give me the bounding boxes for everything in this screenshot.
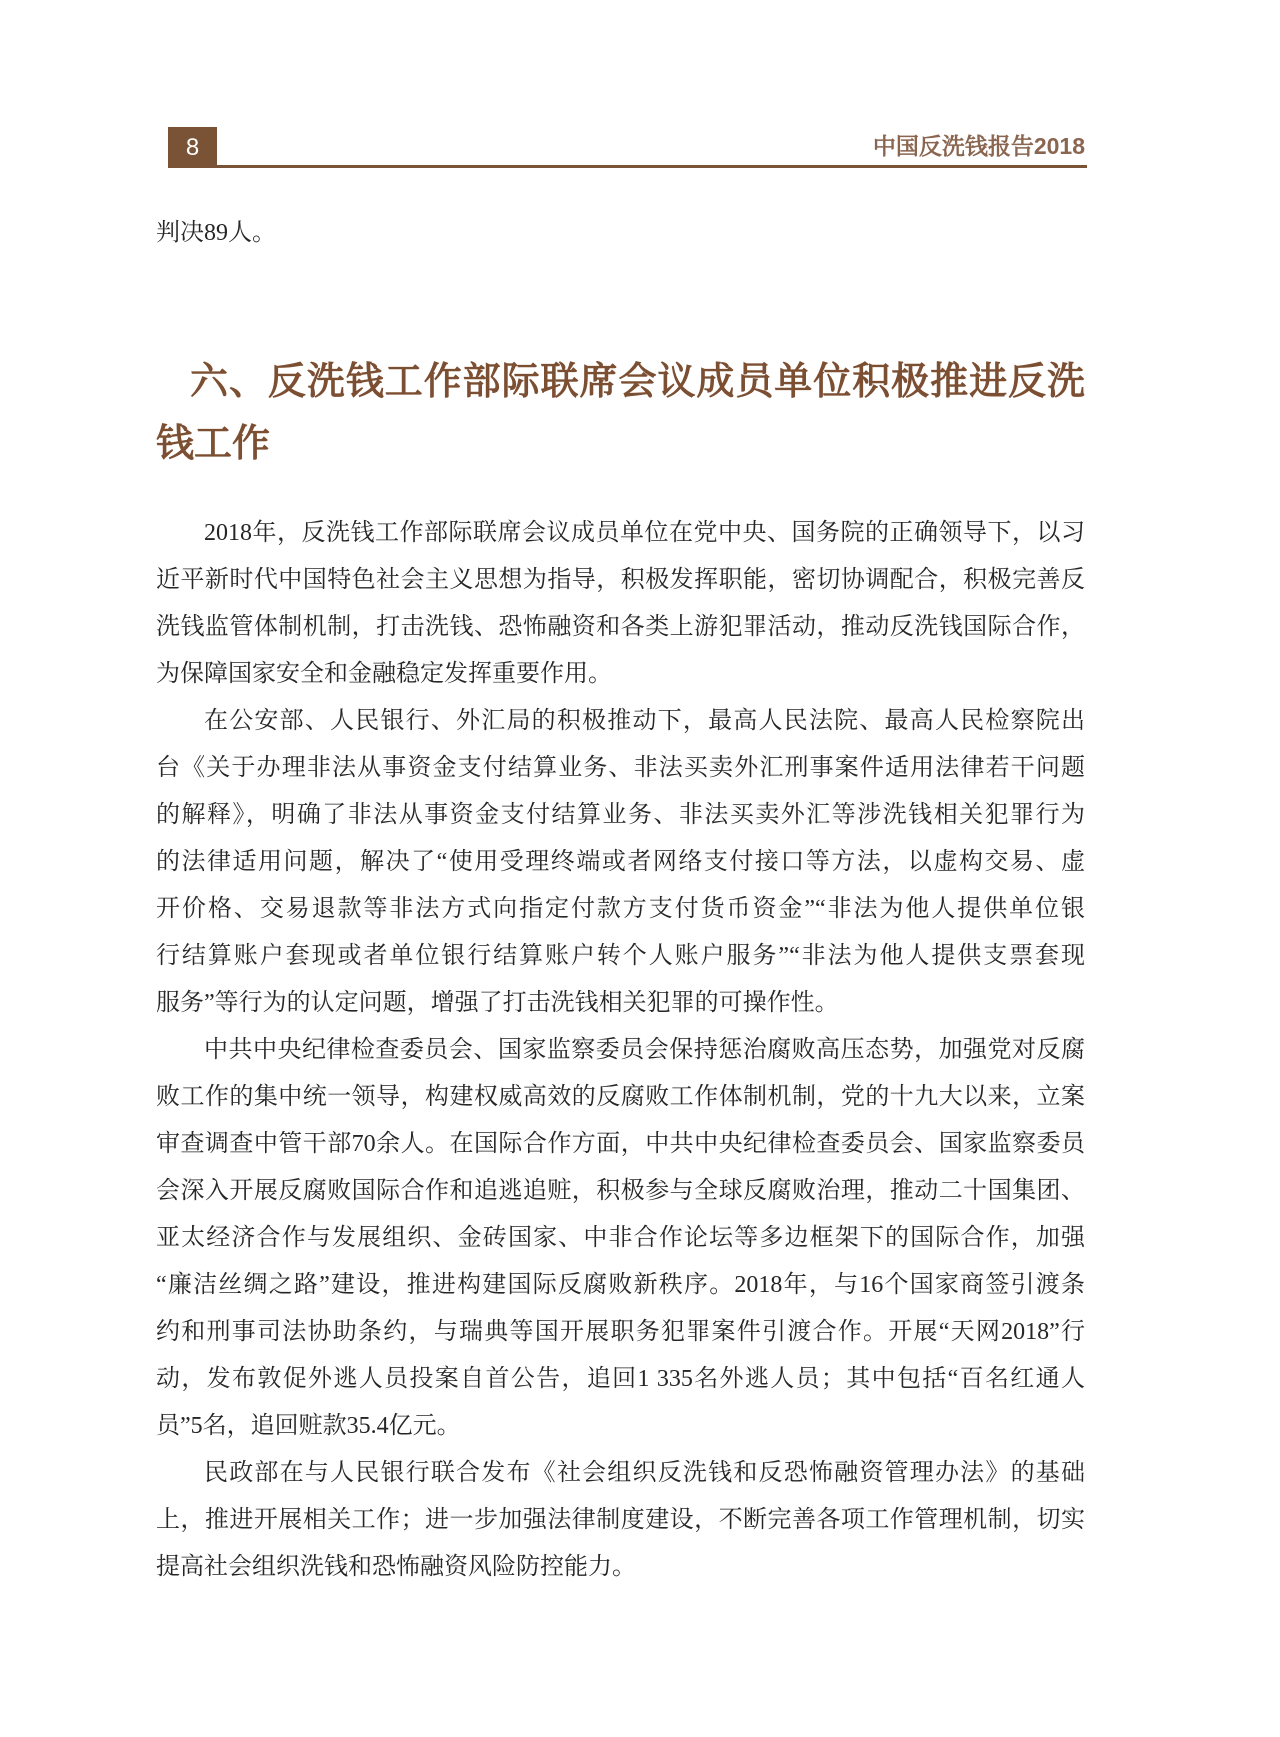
paragraph-3-line: 亚太经济合作与发展组织、金砖国家、中非合作论坛等多边框架下的国际合作，加强 [156, 1215, 1085, 1262]
paragraph-1-line: 近平新时代中国特色社会主义思想为指导，积极发挥职能，密切协调配合，积极完善反 [156, 557, 1085, 604]
paragraph-4-line: 上，推进开展相关工作；进一步加强法律制度建设，不断完善各项工作管理机制，切实 [156, 1497, 1085, 1544]
paragraph-2-line: 的法律适用问题，解决了“使用受理终端或者网络支付接口等方法，以虚构交易、虚 [156, 839, 1085, 886]
paragraph-3-line: 中共中央纪律检查委员会、国家监察委员会保持惩治腐败高压态势，加强党对反腐 [156, 1027, 1085, 1074]
paragraph-4-line: 提高社会组织洗钱和恐怖融资风险防控能力。 [156, 1544, 1085, 1591]
paragraph-2-line: 服务”等行为的认定问题，增强了打击洗钱相关犯罪的可操作性。 [156, 980, 1085, 1027]
report-title: 中国反洗钱报告2018 [873, 126, 1085, 166]
section-heading: 六、反洗钱工作部际联席会议成员单位积极推进反洗钱工作 [156, 351, 1085, 475]
paragraph-2-line: 行结算账户套现或者单位银行结算账户转个人账户服务”“非法为他人提供支票套现 [156, 933, 1085, 980]
paragraph-3-line: 约和刑事司法协助条约，与瑞典等国开展职务犯罪案件引渡合作。开展“天网2018”行 [156, 1309, 1085, 1356]
body-text: 2018年，反洗钱工作部际联席会议成员单位在党中央、国务院的正确领导下，以习近平… [156, 510, 1085, 1591]
document-page: 8 中国反洗钱报告2018 判决89人。 六、反洗钱工作部际联席会议成员单位积极… [0, 0, 1280, 1737]
section-heading-line: 钱工作 [156, 413, 1085, 475]
paragraph-3-line: 败工作的集中统一领导，构建权威高效的反腐败工作体制机制，党的十九大以来，立案 [156, 1074, 1085, 1121]
header-divider-line [217, 165, 1087, 168]
paragraph-3-line: 员”5名，追回赃款35.4亿元。 [156, 1403, 1085, 1450]
paragraph-2-line: 开价格、交易退款等非法方式向指定付款方支付货币资金”“非法为他人提供单位银 [156, 886, 1085, 933]
page-number-box: 8 [168, 127, 217, 168]
paragraph-1-line: 洗钱监管体制机制，打击洗钱、恐怖融资和各类上游犯罪活动，推动反洗钱国际合作， [156, 604, 1085, 651]
paragraph-3-line: 会深入开展反腐败国际合作和追逃追赃，积极参与全球反腐败治理，推动二十国集团、 [156, 1168, 1085, 1215]
section-heading-line: 六、反洗钱工作部际联席会议成员单位积极推进反洗 [156, 351, 1085, 413]
paragraph-1-line: 为保障国家安全和金融稳定发挥重要作用。 [156, 651, 1085, 698]
paragraph-1-line: 2018年，反洗钱工作部际联席会议成员单位在党中央、国务院的正确领导下，以习 [156, 510, 1085, 557]
paragraph-3-line: “廉洁丝绸之路”建设，推进构建国际反腐败新秩序。2018年，与16个国家商签引渡… [156, 1262, 1085, 1309]
paragraph-2-line: 台《关于办理非法从事资金支付结算业务、非法买卖外汇刑事案件适用法律若干问题 [156, 745, 1085, 792]
paragraph-3-line: 审查调查中管干部70余人。在国际合作方面，中共中央纪律检查委员会、国家监察委员 [156, 1121, 1085, 1168]
paragraph-2-line: 在公安部、人民银行、外汇局的积极推动下，最高人民法院、最高人民检察院出 [156, 698, 1085, 745]
paragraph-4-line: 民政部在与人民银行联合发布《社会组织反洗钱和反恐怖融资管理办法》的基础 [156, 1450, 1085, 1497]
continuation-paragraph-line: 判决89人。 [156, 210, 1085, 257]
paragraph-3-line: 动，发布敦促外逃人员投案自首公告，追回1 335名外逃人员；其中包括“百名红通人 [156, 1356, 1085, 1403]
paragraph-2-line: 的解释》，明确了非法从事资金支付结算业务、非法买卖外汇等涉洗钱相关犯罪行为 [156, 792, 1085, 839]
page-number: 8 [186, 134, 199, 162]
